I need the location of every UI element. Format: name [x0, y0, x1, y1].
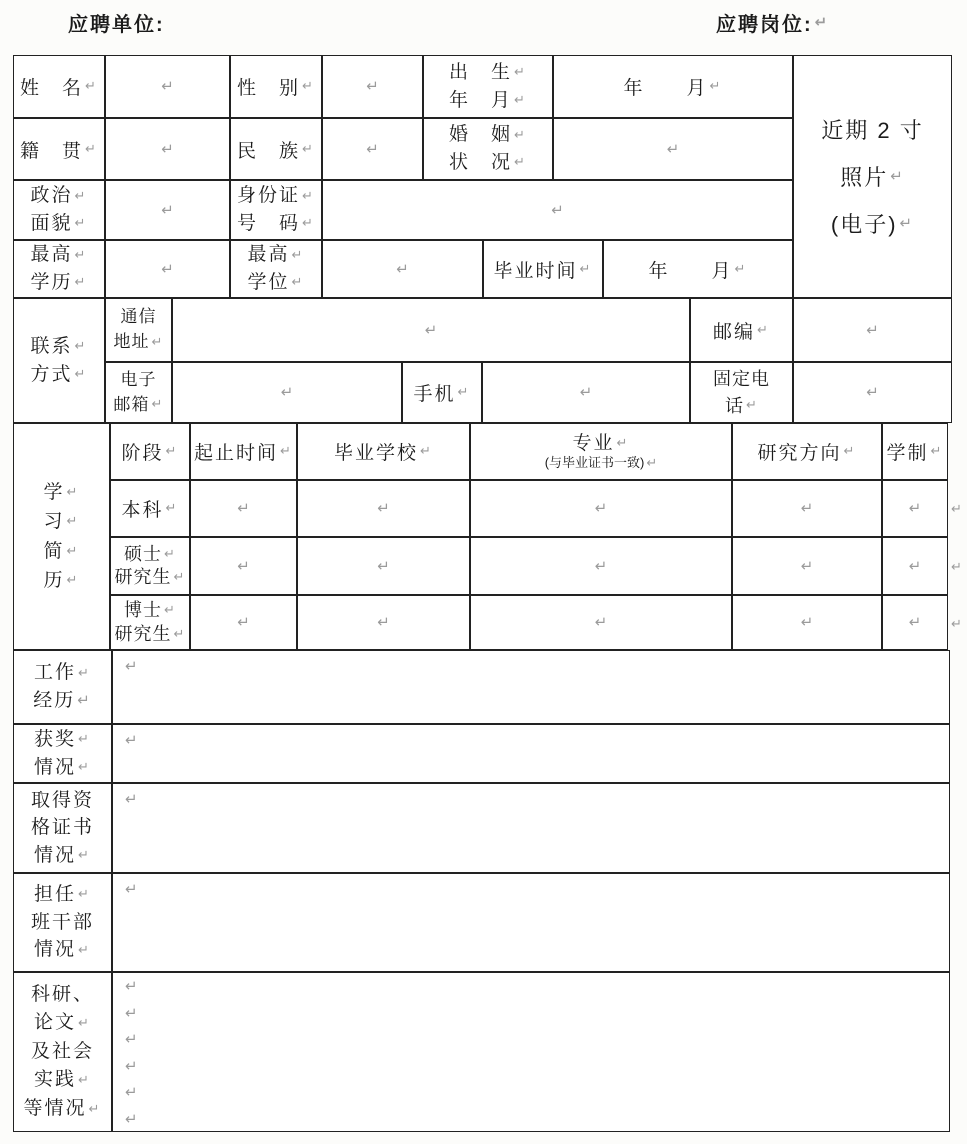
- id-number-input-cell[interactable]: ↵: [322, 180, 793, 240]
- paragraph-mark: ↵: [75, 276, 88, 289]
- paragraph-mark: ↵: [75, 217, 88, 230]
- paragraph-mark: ↵: [292, 249, 305, 262]
- mobile-text: 手机: [414, 379, 456, 406]
- master-research-cell[interactable]: ↵: [732, 537, 882, 595]
- paragraph-mark: ↵: [302, 143, 315, 156]
- paragraph-mark: ↵: [67, 545, 80, 558]
- bachelor-label-text: 本科: [122, 495, 164, 522]
- name-label: 姓 名↵: [13, 55, 105, 118]
- photo-line1: 近期 2 寸: [821, 114, 923, 145]
- bachelor-major-cell[interactable]: ↵: [470, 480, 732, 537]
- paragraph-mark: ↵: [85, 143, 98, 156]
- mailing-address-label: 通信 地址↵: [105, 298, 172, 362]
- paragraph-mark: ↵: [161, 142, 174, 157]
- paragraph-mark: ↵: [125, 792, 138, 807]
- doctor-label-line1: 博士: [124, 599, 162, 622]
- applying-unit-text: 应聘单位:: [68, 8, 165, 37]
- paragraph-mark: ↵: [377, 559, 390, 574]
- paragraph-mark: ↵: [617, 437, 630, 450]
- master-row-label: 硕士↵ 研究生↵: [110, 537, 190, 595]
- paragraph-mark: ↵: [396, 262, 409, 277]
- major-header: 专业↵ (与毕业证书一致)↵: [470, 423, 732, 480]
- paragraph-mark: ↵: [866, 323, 879, 338]
- paragraph-mark: ↵: [514, 156, 527, 169]
- highest-degree-line2: 学位: [248, 269, 290, 297]
- political-status-input-cell[interactable]: ↵: [105, 180, 230, 240]
- paragraph-mark: ↵: [125, 1059, 138, 1074]
- doctor-school-cell[interactable]: ↵: [297, 595, 470, 650]
- paragraph-mark: ↵: [125, 1032, 138, 1047]
- bachelor-duration-cell[interactable]: ↵: [882, 480, 948, 537]
- cadre-label-line2: 班干部: [31, 909, 94, 937]
- master-duration-cell[interactable]: ↵: [882, 537, 948, 595]
- paragraph-mark: ↵: [125, 733, 138, 748]
- political-label-line1: 政治: [31, 182, 73, 210]
- work-label-line2: 经历: [33, 687, 75, 715]
- paragraph-mark: ↵: [78, 733, 91, 746]
- school-header-text: 毕业学校: [334, 438, 418, 465]
- email-label-line1: 电子: [121, 368, 157, 393]
- paragraph-mark: ↵: [425, 323, 438, 338]
- paragraph-mark: ↵: [281, 385, 294, 400]
- paragraph-mark: ↵: [280, 445, 293, 458]
- paragraph-mark: ↵: [161, 262, 174, 277]
- political-status-label: 政治↵ 面貌↵: [13, 180, 105, 240]
- paragraph-mark: ↵: [152, 398, 164, 411]
- paragraph-mark: ↵: [551, 203, 564, 218]
- row-end-mark: ↵: [951, 560, 962, 575]
- research-label-line3: 及社会: [31, 1038, 94, 1067]
- research-label-line1: 科研、: [31, 981, 94, 1010]
- certificates-label-line3: 情况: [34, 842, 76, 870]
- awards-label: 获奖↵ 情况↵: [13, 724, 112, 783]
- bachelor-row-label: 本科↵: [110, 480, 190, 537]
- paragraph-mark: ↵: [78, 761, 91, 774]
- address-label-line1: 通信: [121, 305, 157, 330]
- paragraph-mark: ↵: [710, 80, 723, 93]
- stage-header: 阶段↵: [110, 423, 190, 480]
- highest-degree-input-cell[interactable]: ↵: [322, 240, 483, 298]
- education-char-2: 习: [44, 507, 65, 536]
- period-header: 起止时间↵: [190, 423, 297, 480]
- name-label-text: 姓 名: [20, 73, 83, 100]
- gender-label-text: 性 别: [237, 73, 300, 100]
- paragraph-mark: ↵: [125, 1085, 138, 1100]
- major-note-text: (与毕业证书一致): [545, 455, 645, 471]
- gender-input-cell[interactable]: ↵: [322, 55, 423, 118]
- cadre-label-line3: 情况: [34, 936, 76, 964]
- education-char-4: 历: [44, 566, 65, 595]
- work-experience-input-cell[interactable]: ↵: [112, 650, 950, 724]
- paragraph-mark: ↵: [78, 1074, 91, 1087]
- paragraph-mark: ↵: [174, 571, 186, 584]
- cadre-label-line1: 担任: [34, 881, 76, 909]
- paragraph-mark: ↵: [237, 559, 250, 574]
- research-label-line4: 实践: [34, 1066, 76, 1095]
- applying-position-text: 应聘岗位:: [716, 8, 813, 37]
- paragraph-mark: ↵: [164, 604, 176, 617]
- paragraph-mark: ↵: [580, 263, 593, 276]
- paragraph-mark: ↵: [815, 15, 830, 30]
- ethnicity-input-cell[interactable]: ↵: [322, 118, 423, 180]
- paragraph-mark: ↵: [377, 615, 390, 630]
- paragraph-mark: ↵: [514, 66, 527, 79]
- paragraph-mark: ↵: [458, 386, 471, 399]
- doctor-research-cell[interactable]: ↵: [732, 595, 882, 650]
- paragraph-mark: ↵: [801, 615, 814, 630]
- paragraph-mark: ↵: [161, 203, 174, 218]
- doctor-major-cell[interactable]: ↵: [470, 595, 732, 650]
- paragraph-mark: ↵: [166, 502, 179, 515]
- landline-input-cell[interactable]: ↵: [793, 362, 952, 423]
- paragraph-mark: ↵: [292, 276, 305, 289]
- paragraph-mark: ↵: [866, 385, 879, 400]
- photo-line3: (电子)↵: [831, 208, 914, 239]
- duration-header-text: 学制: [887, 438, 929, 465]
- paragraph-mark: ↵: [125, 1006, 138, 1021]
- postcode-input-cell[interactable]: ↵: [793, 298, 952, 362]
- graduation-year-month-cell[interactable]: 年 月↵: [603, 240, 793, 298]
- paragraph-mark: ↵: [174, 628, 186, 641]
- paragraph-mark: ↵: [746, 399, 758, 412]
- ethnicity-label: 民 族↵: [230, 118, 322, 180]
- paragraph-mark: ↵: [844, 445, 857, 458]
- research-label-line5: 等情况: [24, 1095, 87, 1124]
- paragraph-mark: ↵: [890, 169, 905, 184]
- master-school-cell[interactable]: ↵: [297, 537, 470, 595]
- paragraph-mark: ↵: [164, 548, 176, 561]
- paragraph-mark: ↵: [237, 615, 250, 630]
- native-place-label: 籍 贯↵: [13, 118, 105, 180]
- bachelor-period-cell[interactable]: ↵: [190, 480, 297, 537]
- landline-label-line2: 话: [725, 393, 744, 419]
- graduation-time-text: 毕业时间: [494, 256, 578, 283]
- birth-date-label: 出 生↵ 年 月↵: [423, 55, 553, 118]
- work-label-line1: 工作: [34, 659, 76, 687]
- photo-line2-text: 照片: [840, 161, 888, 192]
- education-char-3: 简: [44, 537, 65, 566]
- graduation-year-month-text: 年 月: [649, 256, 733, 283]
- paragraph-mark: ↵: [757, 324, 770, 337]
- contact-label-line2: 方式: [31, 361, 73, 389]
- native-place-text: 籍 贯: [20, 136, 83, 163]
- work-experience-label: 工作↵ 经历↵: [13, 650, 112, 724]
- paragraph-mark: ↵: [89, 1103, 102, 1116]
- native-place-input-cell[interactable]: ↵: [105, 118, 230, 180]
- paragraph-mark: ↵: [595, 615, 608, 630]
- id-label-line1: 身份证: [237, 182, 300, 210]
- applying-unit-label: 应聘单位:: [68, 8, 165, 37]
- doctor-period-cell[interactable]: ↵: [190, 595, 297, 650]
- paragraph-mark: ↵: [78, 667, 91, 680]
- graduation-time-label: 毕业时间↵: [483, 240, 603, 298]
- paragraph-mark: ↵: [78, 849, 91, 862]
- mobile-label: 手机↵: [402, 362, 482, 423]
- paragraph-mark: ↵: [75, 249, 88, 262]
- research-input-cell[interactable]: ↵ ↵ ↵ ↵ ↵ ↵: [112, 972, 950, 1132]
- paragraph-mark: ↵: [595, 501, 608, 516]
- landline-label-line1: 固定电: [713, 366, 770, 392]
- landline-label: 固定电 话↵: [690, 362, 793, 423]
- paragraph-mark: ↵: [77, 693, 92, 708]
- paragraph-mark: ↵: [646, 457, 657, 470]
- paragraph-mark: ↵: [931, 445, 944, 458]
- paragraph-mark: ↵: [67, 574, 80, 587]
- paragraph-mark: ↵: [514, 129, 527, 142]
- marital-label-line2: 状 况: [449, 149, 512, 177]
- paragraph-mark: ↵: [166, 445, 179, 458]
- awards-label-line2: 情况: [34, 754, 76, 782]
- marital-label-line1: 婚 姻: [449, 121, 512, 149]
- postcode-text: 邮编: [713, 317, 755, 344]
- postcode-label: 邮编↵: [690, 298, 793, 362]
- mobile-input-cell[interactable]: ↵: [482, 362, 690, 423]
- paragraph-mark: ↵: [125, 1112, 138, 1127]
- row-end-mark: ↵: [951, 617, 962, 632]
- address-label-line2: 地址: [114, 330, 150, 355]
- paragraph-mark: ↵: [75, 190, 88, 203]
- highest-edu-line2: 学历: [31, 269, 73, 297]
- research-direction-header-text: 研究方向: [758, 438, 842, 465]
- paragraph-mark: ↵: [237, 501, 250, 516]
- id-number-label: 身份证↵ 号 码↵: [230, 180, 322, 240]
- education-char-1: 学: [44, 478, 65, 507]
- photo-line3-text: (电子): [831, 208, 898, 239]
- paragraph-mark: ↵: [75, 340, 88, 353]
- major-header-text: 专业: [573, 432, 615, 456]
- education-section-label: 学↵ 习↵ 简↵ 历↵: [13, 423, 110, 650]
- class-cadre-input-cell[interactable]: ↵: [112, 873, 950, 972]
- paragraph-mark: ↵: [667, 142, 680, 157]
- paragraph-mark: ↵: [801, 501, 814, 516]
- paragraph-mark: ↵: [302, 80, 315, 93]
- bachelor-research-cell[interactable]: ↵: [732, 480, 882, 537]
- email-label: 电子 邮箱↵: [105, 362, 172, 423]
- stage-header-text: 阶段: [122, 438, 164, 465]
- paragraph-mark: ↵: [366, 142, 379, 157]
- paragraph-mark: ↵: [67, 486, 80, 499]
- paragraph-mark: ↵: [366, 79, 379, 94]
- paragraph-mark: ↵: [302, 217, 315, 230]
- research-section-label: 科研、 论文↵ 及社会 实践↵ 等情况↵: [13, 972, 112, 1132]
- photo-line2: 照片↵: [840, 161, 905, 192]
- paragraph-mark: ↵: [161, 79, 174, 94]
- contact-label-line1: 联系: [31, 333, 73, 361]
- paragraph-mark: ↵: [75, 368, 88, 381]
- research-direction-header: 研究方向↵: [732, 423, 882, 480]
- certificates-input-cell[interactable]: ↵: [112, 783, 950, 873]
- birth-year-month-cell[interactable]: 年 月↵: [553, 55, 793, 118]
- duration-header: 学制↵: [882, 423, 948, 480]
- contact-section-label: 联系↵ 方式↵: [13, 298, 105, 423]
- marital-status-input-cell[interactable]: ↵: [553, 118, 793, 180]
- paragraph-mark: ↵: [595, 559, 608, 574]
- id-label-line2: 号 码: [237, 210, 300, 238]
- birth-label-line1: 出 生: [449, 59, 512, 87]
- paragraph-mark: ↵: [78, 944, 91, 957]
- ethnicity-text: 民 族: [237, 136, 300, 163]
- doctor-label-line2: 研究生: [115, 623, 172, 646]
- highest-degree-label: 最高↵ 学位↵: [230, 240, 322, 298]
- paragraph-mark: ↵: [900, 216, 915, 231]
- bachelor-school-cell[interactable]: ↵: [297, 480, 470, 537]
- certificates-label-line2: 格证书: [31, 814, 94, 842]
- email-input-cell[interactable]: ↵: [172, 362, 402, 423]
- paragraph-mark: ↵: [909, 501, 922, 516]
- paragraph-mark: ↵: [125, 659, 138, 674]
- paragraph-mark: ↵: [78, 1017, 91, 1030]
- paragraph-mark: ↵: [801, 559, 814, 574]
- school-header: 毕业学校↵: [297, 423, 470, 480]
- highest-education-label: 最高↵ 学历↵: [13, 240, 105, 298]
- political-label-line2: 面貌: [31, 210, 73, 238]
- paragraph-mark: ↵: [78, 888, 91, 901]
- master-period-cell[interactable]: ↵: [190, 537, 297, 595]
- awards-label-line1: 获奖: [34, 726, 76, 754]
- mailing-address-input-cell[interactable]: ↵: [172, 298, 690, 362]
- paragraph-mark: ↵: [909, 559, 922, 574]
- highest-education-input-cell[interactable]: ↵: [105, 240, 230, 298]
- paragraph-mark: ↵: [125, 882, 138, 897]
- master-label-line1: 硕士: [124, 543, 162, 566]
- paragraph-mark: ↵: [302, 190, 315, 203]
- paragraph-mark: ↵: [909, 615, 922, 630]
- applying-position-label: 应聘岗位: ↵: [716, 8, 829, 37]
- certificates-label-line1: 取得资: [31, 787, 94, 815]
- highest-edu-line1: 最高: [31, 241, 73, 269]
- application-form-page: { "header": { "unit_label": "应聘单位:", "po…: [0, 0, 967, 1144]
- master-major-cell[interactable]: ↵: [470, 537, 732, 595]
- paragraph-mark: ↵: [514, 94, 527, 107]
- period-header-text: 起止时间: [194, 438, 278, 465]
- master-label-line2: 研究生: [115, 566, 172, 589]
- name-input-cell[interactable]: ↵: [105, 55, 230, 118]
- birth-label-line2: 年 月: [449, 87, 512, 115]
- photo-placeholder-cell[interactable]: 近期 2 寸 照片↵ (电子)↵: [793, 55, 952, 298]
- doctor-row-label: 博士↵ 研究生↵: [110, 595, 190, 650]
- doctor-duration-cell[interactable]: ↵: [882, 595, 948, 650]
- awards-input-cell[interactable]: ↵: [112, 724, 950, 783]
- marital-status-label: 婚 姻↵ 状 况↵: [423, 118, 553, 180]
- paragraph-mark: ↵: [152, 336, 164, 349]
- photo-line1-text: 近期 2 寸: [821, 114, 923, 145]
- gender-label: 性 别↵: [230, 55, 322, 118]
- paragraph-mark: ↵: [377, 501, 390, 516]
- certificates-label: 取得资 格证书 情况↵: [13, 783, 112, 873]
- row-end-mark: ↵: [951, 502, 962, 517]
- paragraph-mark: ↵: [85, 80, 98, 93]
- paragraph-mark: ↵: [735, 263, 748, 276]
- paragraph-mark: ↵: [125, 979, 138, 994]
- paragraph-mark: ↵: [580, 385, 593, 400]
- paragraph-mark: ↵: [420, 445, 433, 458]
- research-label-line2: 论文: [34, 1009, 76, 1038]
- birth-year-month-text: 年 月: [624, 73, 708, 100]
- email-label-line2: 邮箱: [114, 393, 150, 418]
- highest-degree-line1: 最高: [248, 241, 290, 269]
- paragraph-mark: ↵: [67, 515, 80, 528]
- class-cadre-label: 担任↵ 班干部 情况↵: [13, 873, 112, 972]
